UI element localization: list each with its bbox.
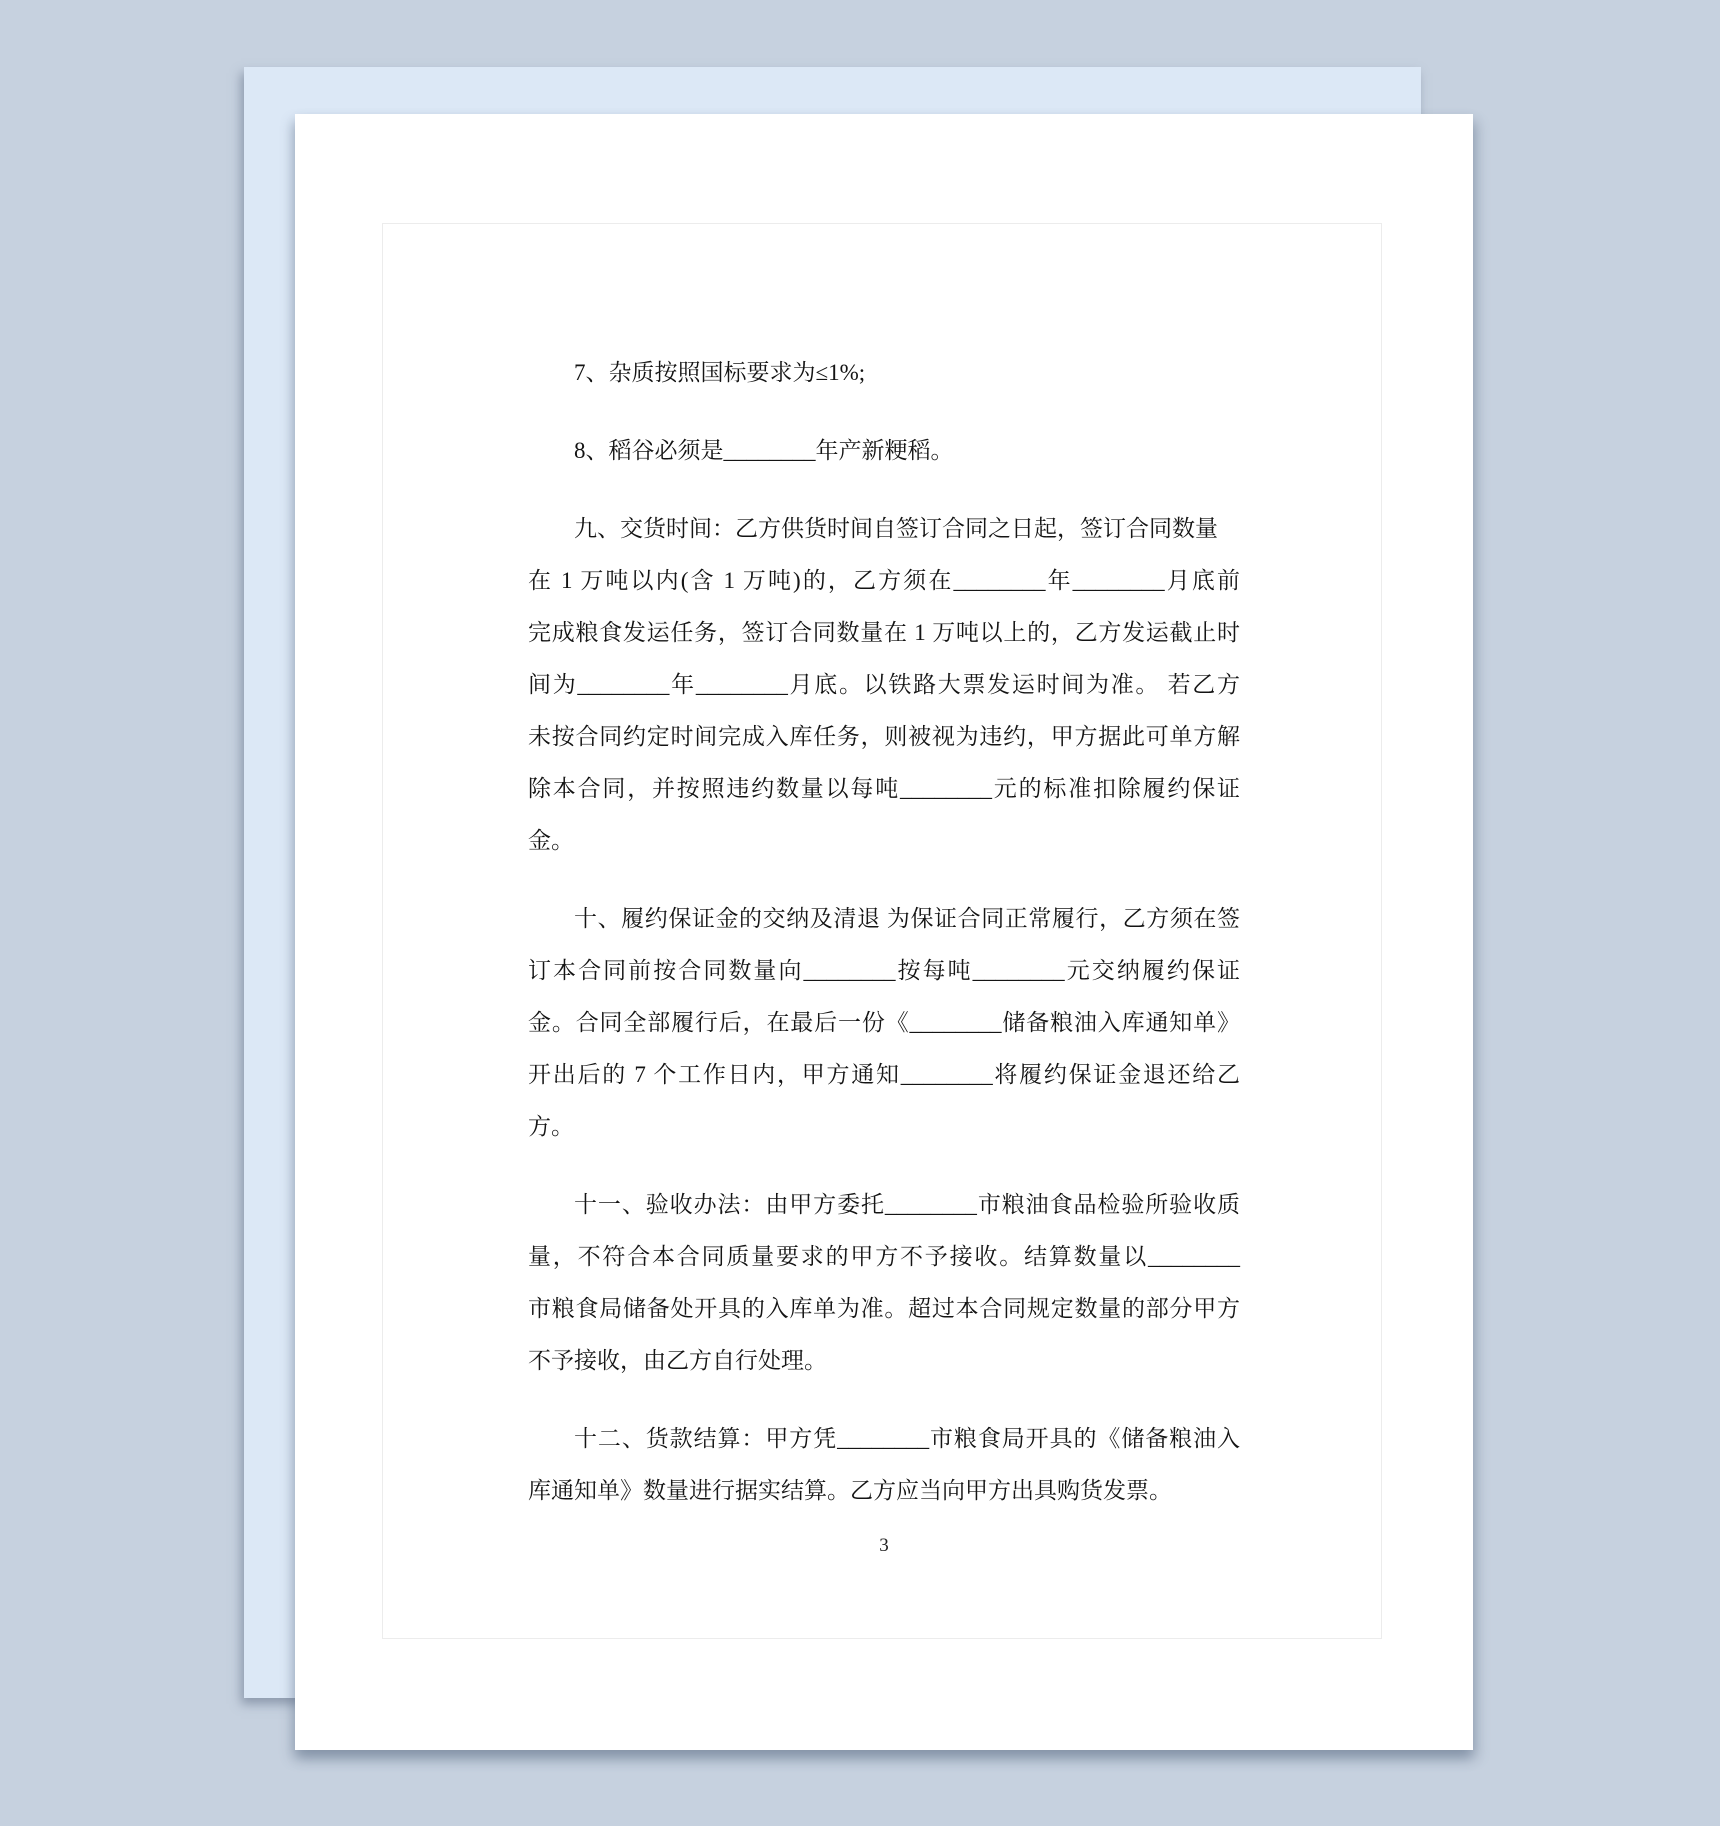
contract-line: 间为________年________月底。以铁路大票发运时间为准。 若乙方 [528,659,1240,711]
page-number: 3 [528,1533,1240,1559]
contract-line: 九、交货时间：乙方供货时间自签订合同之日起，签订合同数量 [528,503,1240,555]
contract-line: 不予接收，由乙方自行处理。 [528,1335,1240,1387]
contract-line: 7、杂质按照国标要求为≤1%; [528,347,1240,399]
contract-line: 十一、验收办法：由甲方委托________市粮油食品检验所验收质 [528,1179,1240,1231]
contract-line: 订本合同前按合同数量向________按每吨________元交纳履约保证 [528,945,1240,997]
contract-line: 金。合同全部履行后，在最后一份《________储备粮油入库通知单》 [528,997,1240,1049]
contract-body-text: 7、杂质按照国标要求为≤1%; 8、稻谷必须是________年产新粳稻。 九、… [528,347,1240,1559]
contract-line: 完成粮食发运任务，签订合同数量在 1 万吨以上的，乙方发运截止时 [528,607,1240,659]
clause-7-paragraph: 7、杂质按照国标要求为≤1%; [528,347,1240,399]
contract-line: 在 1 万吨以内(含 1 万吨)的，乙方须在________年________月… [528,555,1240,607]
clause-11-paragraph: 十一、验收办法：由甲方委托________市粮油食品检验所验收质 量，不符合本合… [528,1179,1240,1387]
contract-line: 金。 [528,815,1240,867]
clause-8-paragraph: 8、稻谷必须是________年产新粳稻。 [528,425,1240,477]
clause-9-paragraph: 九、交货时间：乙方供货时间自签订合同之日起，签订合同数量 在 1 万吨以内(含 … [528,503,1240,867]
content-border-frame: 7、杂质按照国标要求为≤1%; 8、稻谷必须是________年产新粳稻。 九、… [382,223,1382,1639]
clause-10-paragraph: 十、履约保证金的交纳及清退 为保证合同正常履行，乙方须在签 订本合同前按合同数量… [528,893,1240,1153]
contract-line: 十、履约保证金的交纳及清退 为保证合同正常履行，乙方须在签 [528,893,1240,945]
contract-line: 开出后的 7 个工作日内，甲方通知________将履约保证金退还给乙 [528,1049,1240,1101]
document-page: 7、杂质按照国标要求为≤1%; 8、稻谷必须是________年产新粳稻。 九、… [295,114,1473,1750]
contract-line: 未按合同约定时间完成入库任务，则被视为违约，甲方据此可单方解 [528,711,1240,763]
clause-12-paragraph: 十二、货款结算：甲方凭________市粮食局开具的《储备粮油入 库通知单》数量… [528,1413,1240,1517]
contract-line: 除本合同，并按照违约数量以每吨________元的标准扣除履约保证 [528,763,1240,815]
contract-line: 8、稻谷必须是________年产新粳稻。 [528,425,1240,477]
desktop-canvas: 7、杂质按照国标要求为≤1%; 8、稻谷必须是________年产新粳稻。 九、… [0,0,1720,1826]
contract-line: 市粮食局储备处开具的入库单为准。超过本合同规定数量的部分甲方 [528,1283,1240,1335]
contract-line: 十二、货款结算：甲方凭________市粮食局开具的《储备粮油入 [528,1413,1240,1465]
contract-line: 方。 [528,1101,1240,1153]
contract-line: 库通知单》数量进行据实结算。乙方应当向甲方出具购货发票。 [528,1465,1240,1517]
contract-line: 量，不符合本合同质量要求的甲方不予接收。结算数量以________ [528,1231,1240,1283]
